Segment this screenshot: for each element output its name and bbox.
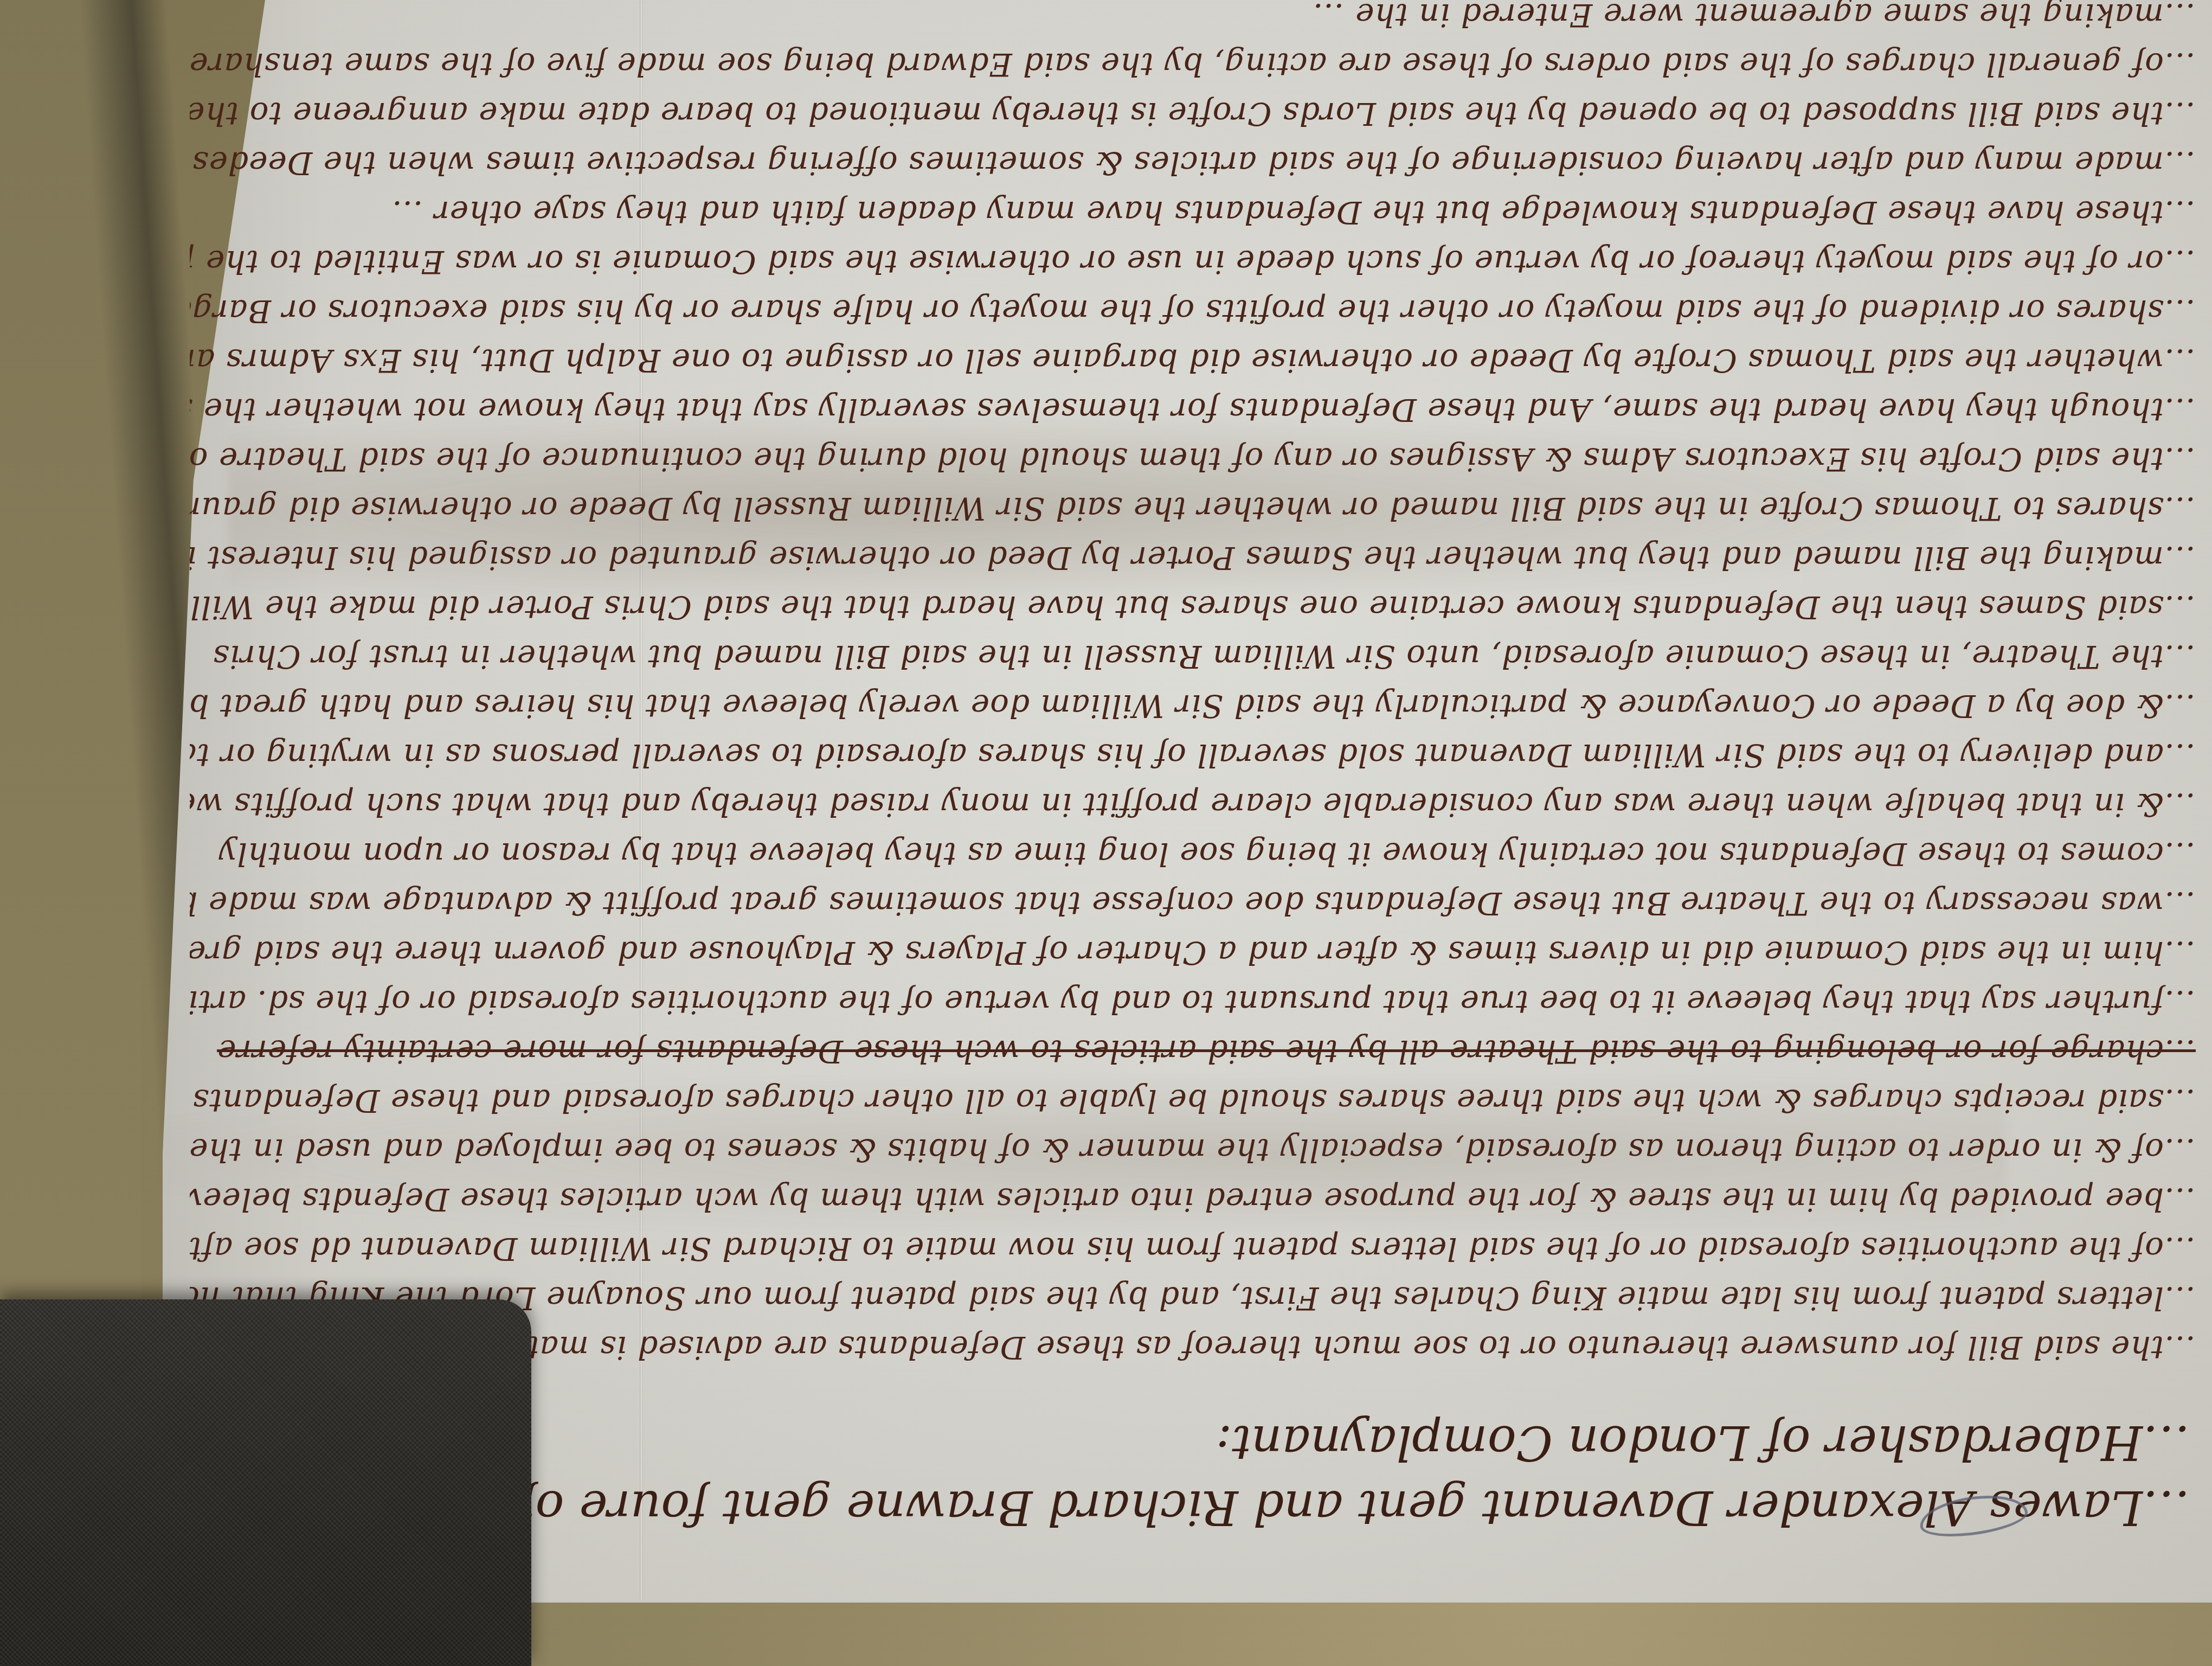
manuscript-line: …said receipts charges & wch the said th…: [190, 1076, 2196, 1125]
manuscript-line: …said Sames then the Defendants knowe ce…: [190, 582, 2196, 632]
manuscript-line: …whether the said Thomas Crofte by Deede…: [190, 336, 2196, 385]
manuscript-line: …was necessary to the Theatre But these …: [190, 879, 2196, 928]
manuscript-line: …the said Crofte his Executors Adms & As…: [190, 434, 2196, 484]
manuscript-line: …the said Bill supposed to be opened by …: [190, 89, 2196, 138]
manuscript-line: …him in the said Comanie did in divers t…: [190, 928, 2196, 977]
manuscript-line: …made many and after haveing considering…: [190, 138, 2196, 188]
manuscript-line: …these have these Defendants knowledge b…: [190, 188, 2196, 237]
manuscript-line: …further say that they beleeve it to bee…: [190, 977, 2196, 1027]
fabric-document-weight: [0, 1299, 531, 1666]
manuscript-line: …of the aucthorities aforesaid or of the…: [190, 1224, 2196, 1273]
manuscript-line: …shares to Thomas Crofte in the said Bil…: [190, 484, 2196, 533]
manuscript-line: …making the same agreement were Entered …: [190, 0, 2196, 40]
manuscript-line: …of generall charges of the said orders …: [190, 40, 2196, 89]
manuscript-line: …& in that behalfe when there was any co…: [190, 780, 2196, 829]
manuscript-line: …of & in order to acting theron as afore…: [190, 1125, 2196, 1175]
manuscript-line: …though they have heard the same, And th…: [190, 385, 2196, 434]
manuscript-line: …the Theatre, in these Comanie aforesaid…: [190, 632, 2196, 681]
manuscript-line-struck-through: …charge for or belonging to the said The…: [190, 1027, 2196, 1076]
manuscript-line: …bee provided by him in the stree & for …: [190, 1175, 2196, 1224]
manuscript-line: …& doe by a Deede or Conveyance & partic…: [190, 681, 2196, 731]
manuscript-line: …shares or dividend of the said moyety o…: [190, 286, 2196, 336]
manuscript-line: …making the Bill named and they but whet…: [190, 533, 2196, 582]
manuscript-body: …the said Bill for aunswere thereunto or…: [179, 0, 2207, 1372]
manuscript-line: …and delivery to the said Sir William Da…: [190, 731, 2196, 780]
manuscript-line: …or of the said moyety thereof or by ver…: [190, 237, 2196, 286]
manuscript-line: …comes to these Defendants not certainly…: [190, 829, 2196, 879]
